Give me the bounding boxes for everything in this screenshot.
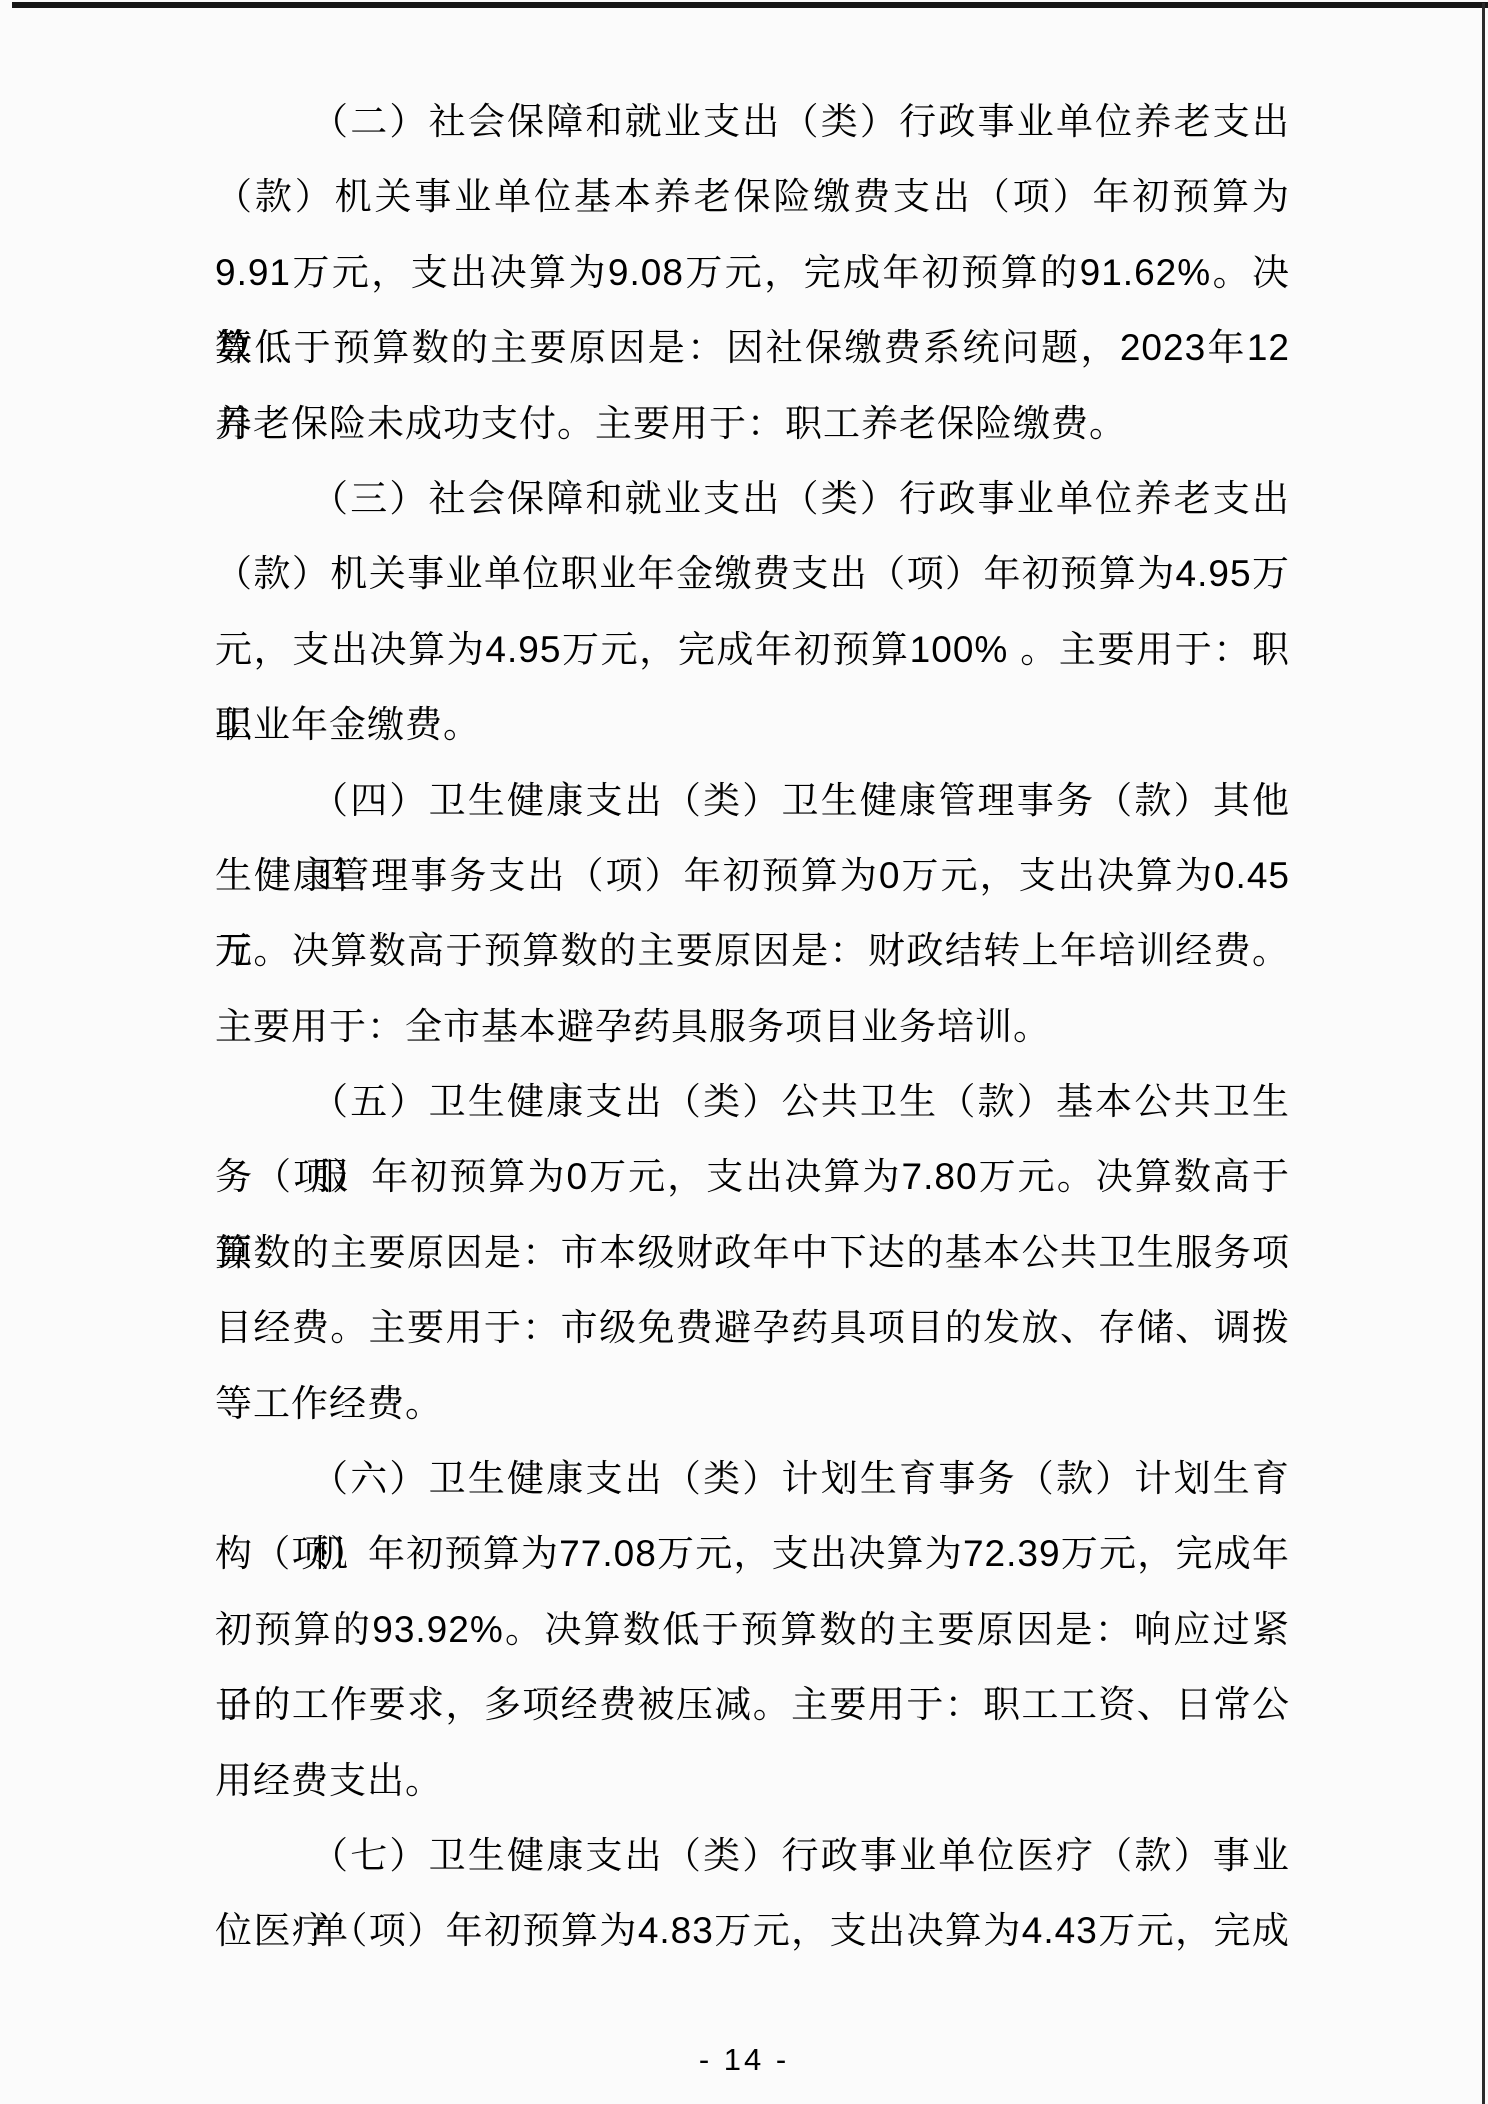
text-line: 元。决算数高于预算数的主要原因是：财政结转上年培训经费。 [215, 913, 1290, 988]
text-line: （五）卫生健康支出（类）公共卫生（款）基本公共卫生服 [215, 1064, 1290, 1139]
text-line: 职业年金缴费。 [215, 687, 1290, 762]
text-line: 子的工作要求，多项经费被压减。主要用于：职工工资、日常公 [215, 1667, 1290, 1742]
page-top-border-line [12, 2, 1488, 8]
text-line: （款）机关事业单位职业年金缴费支出（项）年初预算为4.95万 [215, 536, 1290, 611]
text-line: （款）机关事业单位基本养老保险缴费支出（项）年初预算为 [215, 159, 1290, 234]
text-line: 算数的主要原因是：市本级财政年中下达的基本公共卫生服务项 [215, 1215, 1290, 1290]
text-line: 元，支出决算为4.95万元，完成年初预算100% 。主要用于：职工 [215, 612, 1290, 687]
text-line: 用经费支出。 [215, 1743, 1290, 1818]
document-body: （二）社会保障和就业支出（类）行政事业单位养老支出 （款）机关事业单位基本养老保… [215, 84, 1290, 1969]
text-line: 数低于预算数的主要原因是：因社保缴费系统问题，2023年12月 [215, 310, 1290, 385]
text-line: 初预算的93.92%。决算数低于预算数的主要原因是：响应过紧日 [215, 1592, 1290, 1667]
document-page: （二）社会保障和就业支出（类）行政事业单位养老支出 （款）机关事业单位基本养老保… [0, 0, 1488, 2104]
paragraph-section-5: （五）卫生健康支出（类）公共卫生（款）基本公共卫生服 务（项）年初预算为0万元，… [215, 1064, 1290, 1441]
text-line: （六）卫生健康支出（类）计划生育事务（款）计划生育机 [215, 1441, 1290, 1516]
text-line: 9.91万元，支出决算为9.08万元，完成年初预算的91.62%。决算 [215, 235, 1290, 310]
page-right-border-line [1482, 3, 1485, 2104]
paragraph-section-6: （六）卫生健康支出（类）计划生育事务（款）计划生育机 构（项）年初预算为77.0… [215, 1441, 1290, 1818]
paragraph-section-3: （三）社会保障和就业支出（类）行政事业单位养老支出 （款）机关事业单位职业年金缴… [215, 461, 1290, 763]
text-line: 等工作经费。 [215, 1366, 1290, 1441]
text-line: （七）卫生健康支出（类）行政事业单位医疗（款）事业单 [215, 1818, 1290, 1893]
text-line: 目经费。主要用于：市级免费避孕药具项目的发放、存储、调拨 [215, 1290, 1290, 1365]
paragraph-section-4: （四）卫生健康支出（类）卫生健康管理事务（款）其他卫 生健康管理事务支出（项）年… [215, 763, 1290, 1065]
text-line: （四）卫生健康支出（类）卫生健康管理事务（款）其他卫 [215, 763, 1290, 838]
text-line: （三）社会保障和就业支出（类）行政事业单位养老支出 [215, 461, 1290, 536]
text-line: 主要用于：全市基本避孕药具服务项目业务培训。 [215, 989, 1290, 1064]
paragraph-section-7: （七）卫生健康支出（类）行政事业单位医疗（款）事业单 位医疗（项）年初预算为4.… [215, 1818, 1290, 1969]
text-line: 生健康管理事务支出（项）年初预算为0万元，支出决算为0.45万 [215, 838, 1290, 913]
text-line: 构（项）年初预算为77.08万元，支出决算为72.39万元，完成年 [215, 1516, 1290, 1591]
paragraph-section-2: （二）社会保障和就业支出（类）行政事业单位养老支出 （款）机关事业单位基本养老保… [215, 84, 1290, 461]
page-number: - 14 - [0, 2042, 1488, 2078]
text-line: 务（项）年初预算为0万元，支出决算为7.80万元。决算数高于预 [215, 1139, 1290, 1214]
text-line: 养老保险未成功支付。主要用于：职工养老保险缴费。 [215, 386, 1290, 461]
text-line: 位医疗（项）年初预算为4.83万元，支出决算为4.43万元，完成 [215, 1893, 1290, 1968]
text-line: （二）社会保障和就业支出（类）行政事业单位养老支出 [215, 84, 1290, 159]
